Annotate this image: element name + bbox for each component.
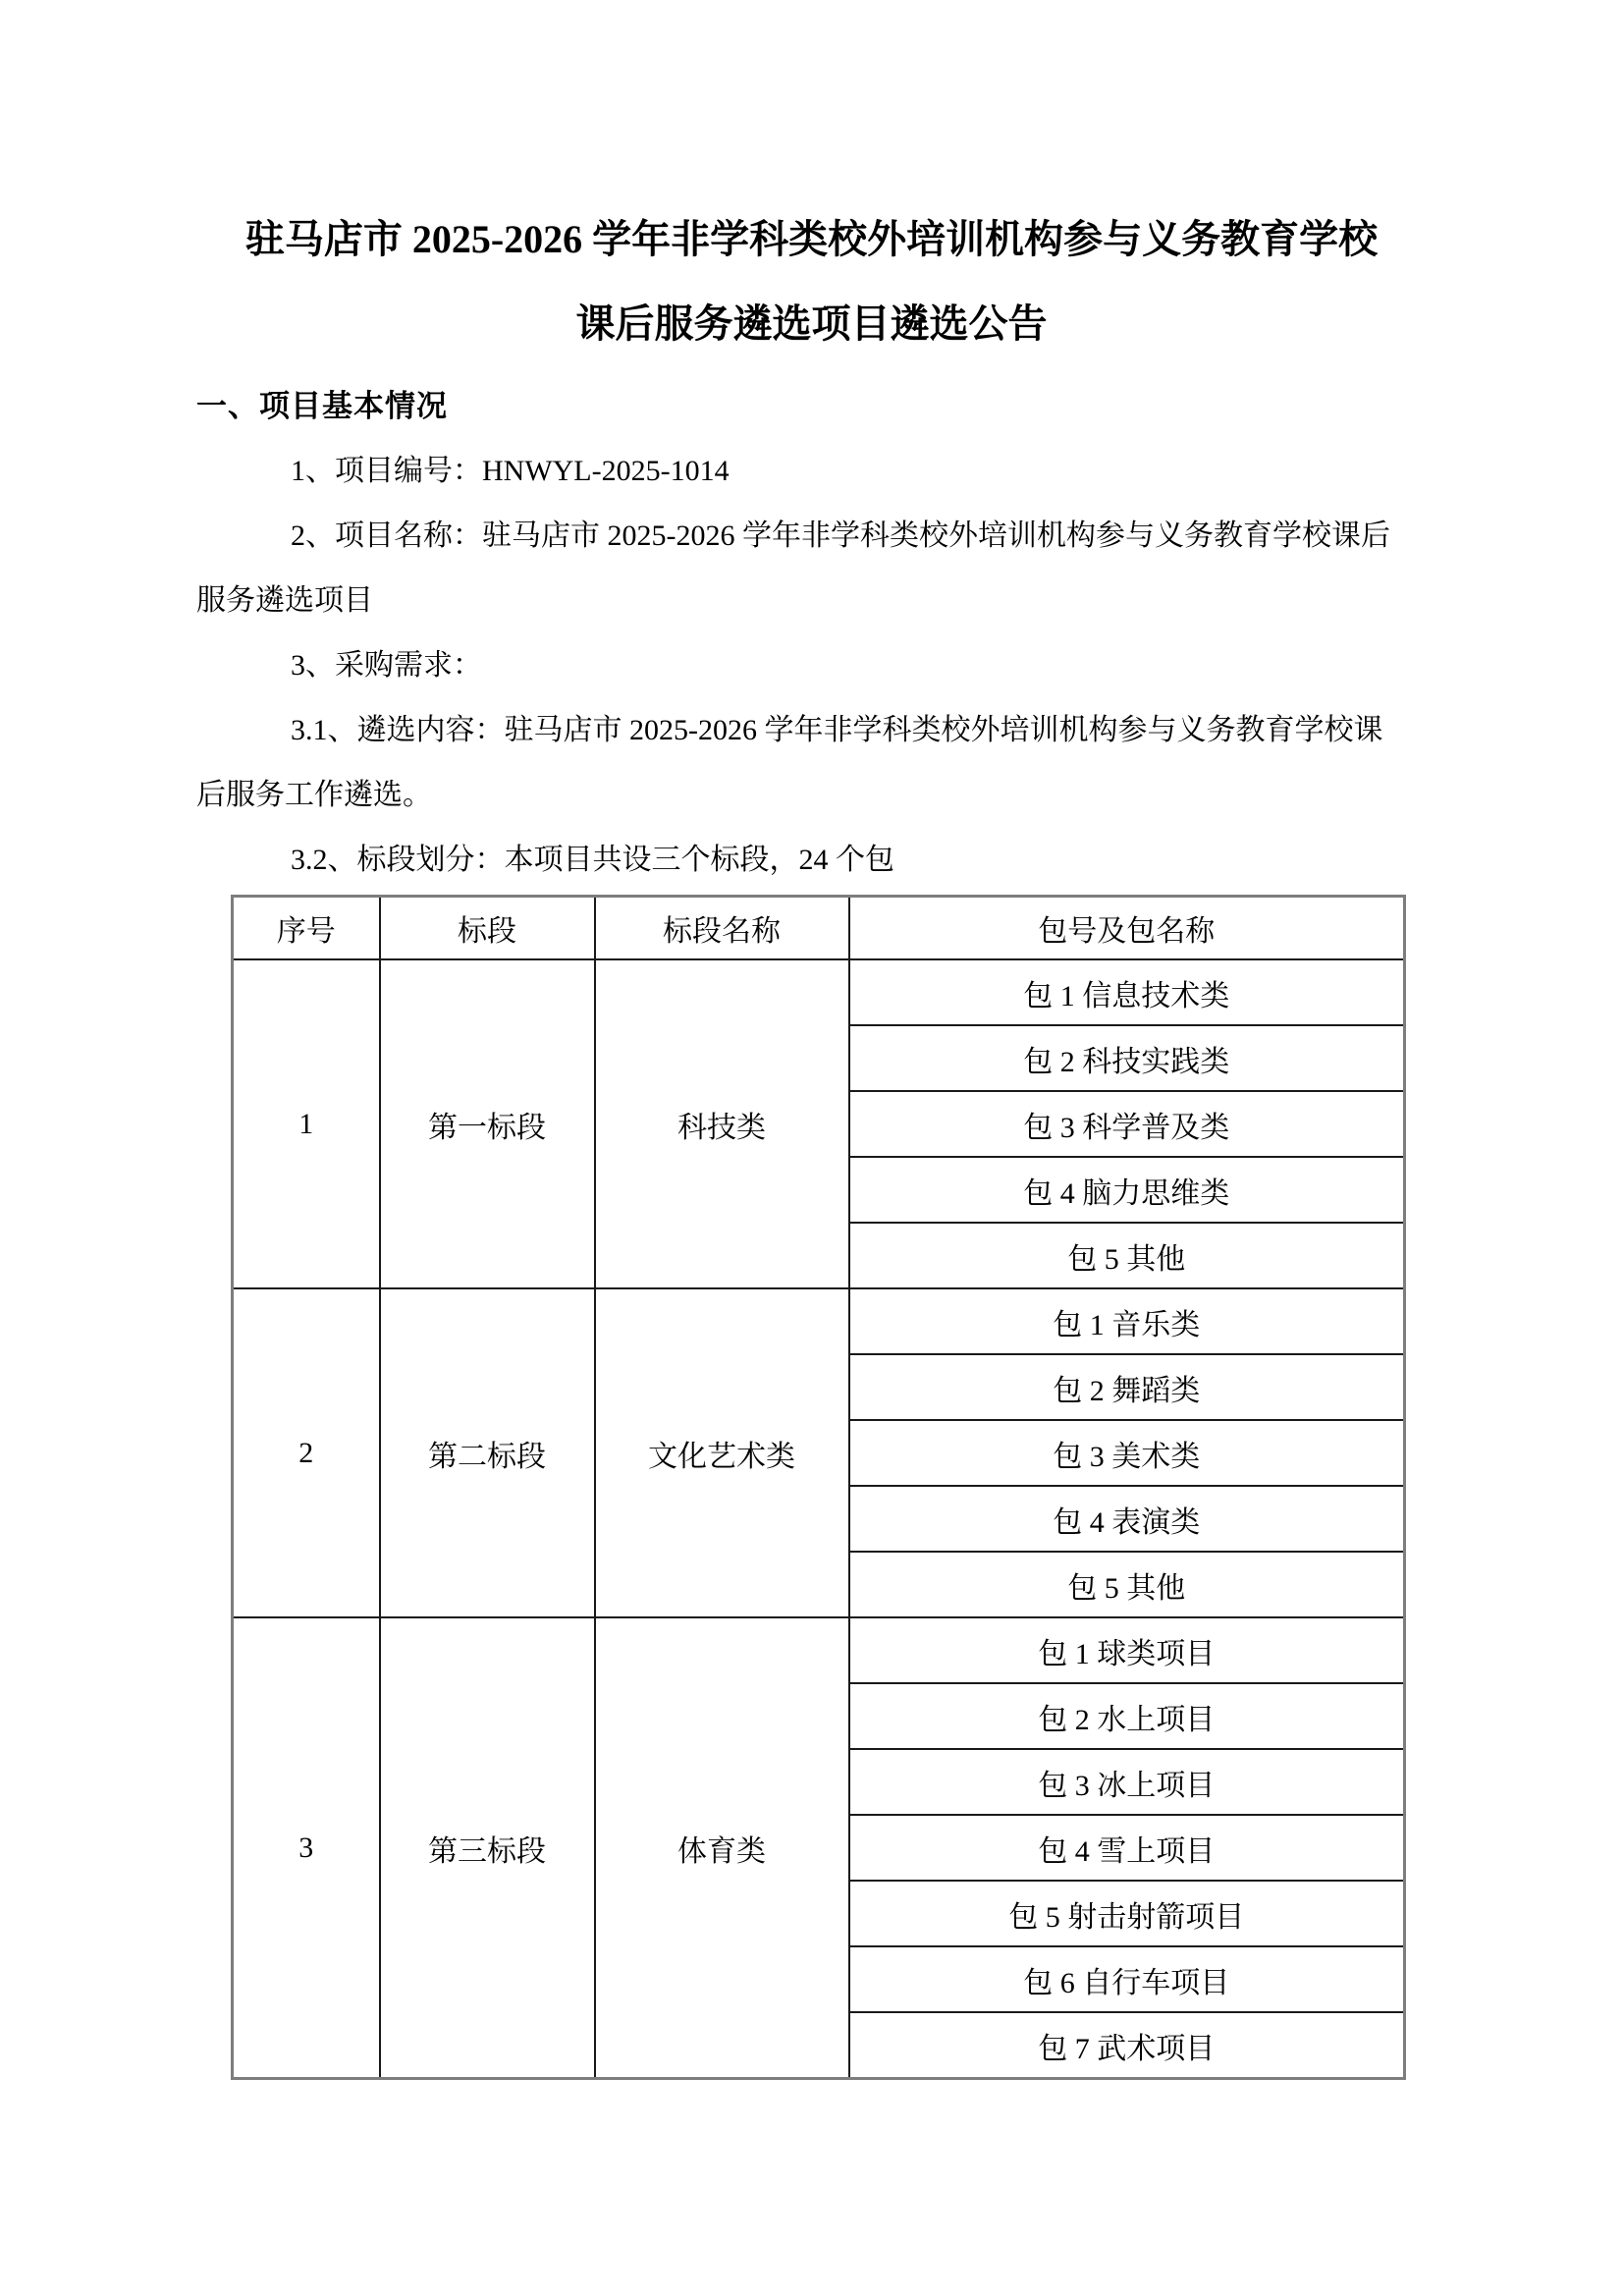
category-cell-band2: 文化艺术类 — [595, 1288, 849, 1617]
package-cell: 包 3 冰上项目 — [849, 1749, 1405, 1815]
package-cell: 包 4 雪上项目 — [849, 1815, 1405, 1881]
section-cell-band2: 第二标段 — [380, 1288, 595, 1617]
header-cell-section-name: 标段名称 — [595, 897, 849, 960]
seq-cell-band1: 1 — [233, 959, 380, 1288]
package-cell: 包 4 表演类 — [849, 1486, 1405, 1552]
package-cell: 包 5 其他 — [849, 1552, 1405, 1617]
header-cell-section: 标段 — [380, 897, 595, 960]
package-cell: 包 4 脑力思维类 — [849, 1157, 1405, 1223]
category-cell-band1: 科技类 — [595, 959, 849, 1288]
section-heading: 一、项目基本情况 — [196, 374, 1427, 439]
package-cell: 包 1 球类项目 — [849, 1617, 1405, 1683]
package-cell: 包 2 科技实践类 — [849, 1025, 1405, 1091]
paragraph-line-project-name: 2、项目名称：驻马店市 2025-2026 学年非学科类校外培训机构参与义务教育… — [196, 504, 1427, 569]
package-cell: 包 1 音乐类 — [849, 1288, 1405, 1354]
section-cell-band3: 第三标段 — [380, 1617, 595, 2079]
header-cell-package-name: 包号及包名称 — [849, 897, 1405, 960]
paragraph-line-procurement-demand: 3、采购需求： — [196, 633, 1427, 698]
document-page: 驻马店市 2025-2026 学年非学科类校外培训机构参与义务教育学校 课后服务… — [0, 0, 1623, 2296]
table-row: 1 第一标段 科技类 包 1 信息技术类 — [233, 959, 1405, 1025]
category-cell-band3: 体育类 — [595, 1617, 849, 2079]
package-cell: 包 2 舞蹈类 — [849, 1354, 1405, 1420]
package-cell: 包 1 信息技术类 — [849, 959, 1405, 1025]
table-header-row: 序号 标段 标段名称 包号及包名称 — [233, 897, 1405, 960]
section-cell-band1: 第一标段 — [380, 959, 595, 1288]
package-cell: 包 5 其他 — [849, 1223, 1405, 1288]
paragraph-line-selection-content-wrap: 后服务工作遴选。 — [196, 763, 1427, 828]
package-cell: 包 2 水上项目 — [849, 1683, 1405, 1749]
table-row: 2 第二标段 文化艺术类 包 1 音乐类 — [233, 1288, 1405, 1354]
paragraph-line-project-name-wrap: 服务遴选项目 — [196, 569, 1427, 633]
paragraph-line-project-number: 1、项目编号：HNWYL-2025-1014 — [196, 439, 1427, 504]
package-cell: 包 3 美术类 — [849, 1420, 1405, 1486]
package-cell: 包 7 武术项目 — [849, 2012, 1405, 2079]
package-cell: 包 6 自行车项目 — [849, 1946, 1405, 2012]
paragraph-line-section-division: 3.2、标段划分：本项目共设三个标段，24 个包 — [196, 828, 1427, 893]
package-cell: 包 3 科学普及类 — [849, 1091, 1405, 1157]
document-title-line-2: 课后服务遴选项目遴选公告 — [196, 282, 1427, 366]
document-title-line-1: 驻马店市 2025-2026 学年非学科类校外培训机构参与义务教育学校 — [196, 197, 1427, 282]
header-cell-seq: 序号 — [233, 897, 380, 960]
seq-cell-band3: 3 — [233, 1617, 380, 2079]
lots-table: 序号 标段 标段名称 包号及包名称 1 第一标段 科技类 包 1 信息技术类 包… — [231, 895, 1406, 2080]
package-cell: 包 5 射击射箭项目 — [849, 1881, 1405, 1946]
body-text: 1、项目编号：HNWYL-2025-1014 2、项目名称：驻马店市 2025-… — [196, 439, 1427, 893]
seq-cell-band2: 2 — [233, 1288, 380, 1617]
paragraph-line-selection-content: 3.1、遴选内容：驻马店市 2025-2026 学年非学科类校外培训机构参与义务… — [196, 698, 1427, 763]
table-row: 3 第三标段 体育类 包 1 球类项目 — [233, 1617, 1405, 1683]
document-title: 驻马店市 2025-2026 学年非学科类校外培训机构参与义务教育学校 课后服务… — [196, 197, 1427, 366]
